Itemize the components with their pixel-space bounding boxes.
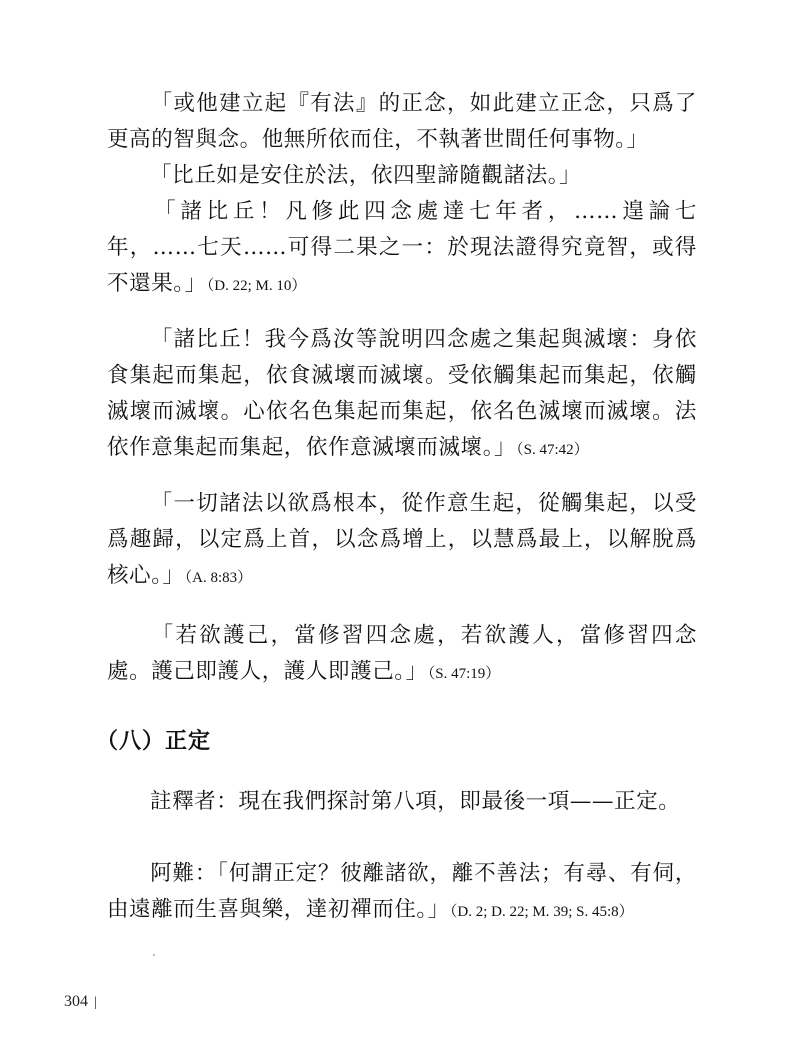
paragraph-text: 「諸比丘！我今爲汝等說明四念處之集起與滅壞：身依食集起而集起，依食滅壞而滅壞。受… (107, 327, 697, 460)
citation: （S. 47:19） (428, 666, 501, 682)
citation: （D. 22; M. 10） (207, 278, 307, 294)
page-number: 304| (64, 993, 97, 1011)
page-number-value: 304 (64, 993, 88, 1010)
scan-speck (153, 954, 155, 956)
paragraph-text: 「或他建立起『有法』的正念，如此建立正念，只爲了更高的智與念。他無所依而住，不執… (107, 91, 697, 152)
citation: （D. 2; D. 22; M. 39; S. 45:8） (450, 904, 634, 920)
page-number-divider: | (94, 995, 97, 1010)
paragraph-ananda: 阿難：「何謂正定？彼離諸欲，離不善法；有尋、有伺，由遠離而生喜與樂，達初禪而住。… (107, 856, 697, 930)
paragraph-text: 「比丘如是安住於法，依四聖諦隨觀諸法。」 (150, 163, 581, 188)
citation: （A. 8:83） (185, 570, 253, 586)
paragraph-quote-protect-self: 「若欲護己，當修習四念處，若欲護人，當修習四念處。護己即護人，護人即護己。」（S… (107, 618, 697, 692)
paragraph-quote-mindfulness: 「或他建立起『有法』的正念，如此建立正念，只爲了更高的智與念。他無所依而住，不執… (107, 86, 697, 158)
paragraph-commentator: 註釋者：現在我們探討第八項，即最後一項——正定。 (107, 784, 697, 820)
book-page: 「或他建立起『有法』的正念，如此建立正念，只爲了更高的智與念。他無所依而住，不執… (0, 0, 792, 1056)
citation: （S. 47:42） (516, 442, 589, 458)
paragraph-quote-seven-years: 「諸比丘！凡修此四念處達七年者，……遑論七年，……七天……可得二果之一：於現法證… (107, 194, 697, 304)
paragraph-text: 註釋者：現在我們探討第八項，即最後一項——正定。 (150, 789, 680, 814)
section-heading: （八）正定 (96, 724, 211, 755)
paragraph-text: 「若欲護己，當修習四念處，若欲護人，當修習四念處。護己即護人，護人即護己。」 (107, 623, 697, 684)
paragraph-quote-arising-passing: 「諸比丘！我今爲汝等說明四念處之集起與滅壞：身依食集起而集起，依食滅壞而滅壞。受… (107, 322, 697, 468)
paragraph-text: 「諸比丘！凡修此四念處達七年者，……遑論七年，……七天……可得二果之一：於現法證… (107, 199, 697, 296)
paragraph-quote-all-dhammas: 「一切諸法以欲爲根本，從作意生起，從觸集起，以受爲趣歸，以定爲上首，以念爲增上，… (107, 486, 697, 596)
paragraph-quote-four-truths: 「比丘如是安住於法，依四聖諦隨觀諸法。」 (107, 158, 697, 194)
